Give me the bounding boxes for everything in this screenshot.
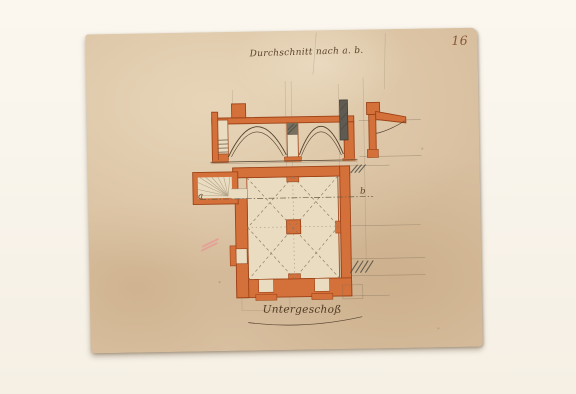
plan-right-wall (340, 166, 352, 296)
pink-crayon-mark (202, 239, 218, 250)
plan-top-wall (233, 166, 350, 178)
stone-hatch-mark-mid (350, 260, 373, 272)
plan-caption: Untergeschoß (242, 304, 362, 315)
section-marker-b: b (360, 188, 366, 197)
mat-background: Durchschnitt nach a. b. 16 a b Untergesc… (0, 0, 576, 394)
folio-number: 16 (451, 35, 468, 48)
drawing-sheet: Durchschnitt nach a. b. 16 a b Untergesc… (85, 28, 483, 354)
caption-flourish (248, 317, 362, 326)
plan-left-window (230, 246, 247, 266)
section-vault-arches (228, 125, 344, 157)
plan-bottom-wall (237, 278, 352, 298)
detail-vault-curve (376, 121, 405, 134)
wall-detail-view (366, 102, 406, 158)
floor-plan (193, 164, 375, 311)
section-marker-a: a (198, 192, 204, 201)
section-view (209, 100, 357, 164)
plan-left-wall (235, 196, 249, 298)
detail-foot (367, 149, 378, 157)
section-parapet-block (231, 104, 245, 118)
stair-passage (231, 189, 247, 199)
detail-corbel-arm (376, 111, 406, 124)
